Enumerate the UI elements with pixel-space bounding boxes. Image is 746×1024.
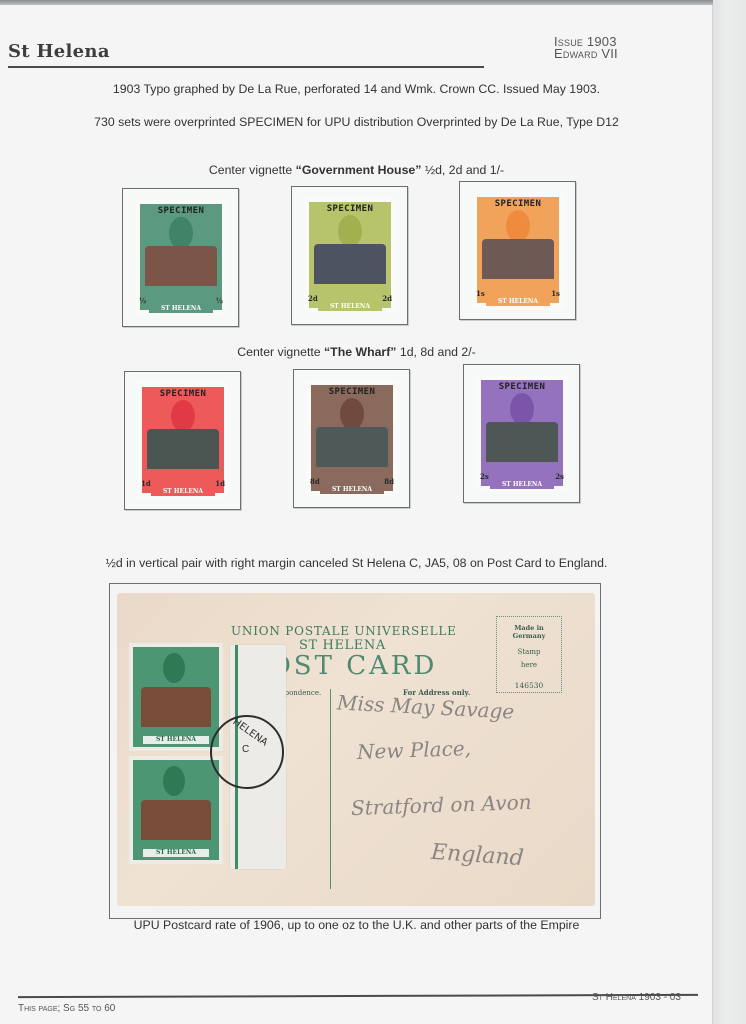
government-house-vignette xyxy=(141,800,211,840)
stamp-name: ST HELENA xyxy=(149,304,213,313)
stamp-eight-pence: ST HELENA8d8dSPECIMEN xyxy=(306,380,398,496)
row2-heading: Center vignette “The Wharf” 1d, 8d and 2… xyxy=(0,345,713,359)
title-rule xyxy=(8,66,484,68)
issue-monarch: Edward VII xyxy=(554,48,618,60)
stamp-name: ST HELENA xyxy=(151,487,215,496)
stamp-here-label: Stamp here xyxy=(497,646,561,672)
stamp-mount[interactable]: ST HELENA1d1dSPECIMEN xyxy=(124,371,241,510)
stamp-vignette xyxy=(314,244,386,284)
handwritten-line: New Place, xyxy=(357,736,472,764)
king-portrait xyxy=(171,400,195,432)
row1-heading-prefix: Center vignette xyxy=(209,163,296,177)
king-portrait xyxy=(506,210,530,242)
album-page: St Helena Issue 1903 Edward VII 1903 Typ… xyxy=(0,5,713,1024)
king-portrait xyxy=(163,766,185,796)
king-portrait xyxy=(169,217,193,249)
stamp-mount[interactable]: ST HELENA2s2sSPECIMEN xyxy=(463,364,580,503)
postcard-correspondence-label: spondence. xyxy=(281,689,321,697)
stamp-vignette xyxy=(147,429,219,469)
stamp-value-right: 1d xyxy=(215,479,225,488)
stamp-value-right: 2s xyxy=(555,472,564,481)
pair-stamp-upper: ST HELENA xyxy=(129,643,223,751)
handwritten-line: England xyxy=(430,840,524,871)
intro-line-2: 730 sets were overprinted SPECIMEN for U… xyxy=(0,115,713,129)
page-edge xyxy=(713,0,746,1024)
made-in-germany: Made in Germany xyxy=(497,624,561,640)
stamp-name: ST HELENA xyxy=(490,480,554,489)
stamp-vignette xyxy=(486,422,558,462)
stamp-value-right: 2d xyxy=(382,294,392,303)
stamp-one-shilling: ST HELENA1s1sSPECIMEN xyxy=(472,192,564,308)
stamp-two-pence: ST HELENA2d2dSPECIMEN xyxy=(304,197,396,313)
stamp-name: ST HELENA xyxy=(318,302,382,311)
stamp-mount[interactable]: ST HELENA1s1sSPECIMEN xyxy=(459,181,576,320)
stamp-vignette xyxy=(482,239,554,279)
postcard-upu-header: UNION POSTALE UNIVERSELLE xyxy=(231,624,457,638)
stamp-half-penny: ST HELENA½½SPECIMEN xyxy=(135,199,227,315)
specimen-overprint: SPECIMEN xyxy=(304,204,396,214)
footer-page-id: St Helena 1903 - 03 xyxy=(592,992,681,1003)
pair-stamp-lower: ST HELENA xyxy=(129,756,223,864)
postcard-mount[interactable]: UNION POSTALE UNIVERSELLE ST HELENA POST… xyxy=(109,583,601,919)
postcard-divider xyxy=(330,689,331,889)
footer-sg-numbers: This page; Sg 55 to 60 xyxy=(18,1003,115,1014)
specimen-overprint: SPECIMEN xyxy=(472,199,564,209)
stamp-mount[interactable]: ST HELENA½½SPECIMEN xyxy=(122,188,239,327)
king-portrait xyxy=(340,398,364,430)
stamp-value-right: 8d xyxy=(384,477,394,486)
stamp-name: ST HELENA xyxy=(486,297,550,306)
page-title: St Helena xyxy=(8,41,110,62)
handwritten-line: Stratford on Avon xyxy=(351,790,532,820)
stamp-value-right: 1s xyxy=(551,289,560,298)
king-portrait xyxy=(338,215,362,247)
specimen-overprint: SPECIMEN xyxy=(137,389,229,399)
cover-caption-top: ½d in vertical pair with right margin ca… xyxy=(0,556,713,570)
stamp-value-left: 2s xyxy=(480,472,489,481)
cover-caption-bottom: UPU Postcard rate of 1906, up to one oz … xyxy=(0,918,713,932)
government-house-vignette xyxy=(141,687,211,727)
stamp-name: ST HELENA xyxy=(143,736,209,744)
row2-heading-bold: “The Wharf” xyxy=(324,345,396,359)
row2-heading-suffix: 1d, 8d and 2/- xyxy=(396,345,475,359)
here-label: here xyxy=(497,659,561,672)
stamp-value-left: 1d xyxy=(141,479,151,488)
postmark-letter: C xyxy=(242,744,249,755)
postcard: UNION POSTALE UNIVERSELLE ST HELENA POST… xyxy=(117,593,595,906)
stamp-two-shillings: ST HELENA2s2sSPECIMEN xyxy=(476,375,568,491)
stamp-one-penny: ST HELENA1d1dSPECIMEN xyxy=(137,382,229,498)
specimen-overprint: SPECIMEN xyxy=(135,206,227,216)
stamp-value-left: 1s xyxy=(476,289,485,298)
postmark-text: HELENA xyxy=(230,717,269,749)
row1-heading-suffix: ½d, 2d and 1/- xyxy=(421,163,504,177)
stamp-value-left: 8d xyxy=(310,477,320,486)
stamp-name: ST HELENA xyxy=(320,485,384,494)
handwritten-line: Miss May Savage xyxy=(336,690,514,723)
row1-heading-bold: “Government House” xyxy=(296,163,422,177)
specimen-overprint: SPECIMEN xyxy=(476,382,568,392)
postcard-stamp-box: Made in Germany Stamp here 146530 xyxy=(496,616,562,693)
stamp-name: ST HELENA xyxy=(143,849,209,857)
specimen-overprint: SPECIMEN xyxy=(306,387,398,397)
row2-heading-prefix: Center vignette xyxy=(237,345,324,359)
postcard-number: 146530 xyxy=(497,681,561,690)
king-portrait xyxy=(163,653,185,683)
postmark-cancel: HELENA C xyxy=(210,715,284,789)
stamp-vignette xyxy=(145,246,217,286)
stamp-value-left: ½ xyxy=(139,296,146,305)
king-portrait xyxy=(510,393,534,425)
stamp-mount[interactable]: ST HELENA8d8dSPECIMEN xyxy=(293,369,410,508)
stamp-value-right: ½ xyxy=(216,296,223,305)
stamp-mount[interactable]: ST HELENA2d2dSPECIMEN xyxy=(291,186,408,325)
stamp-label: Stamp xyxy=(497,646,561,659)
issue-label: Issue 1903 Edward VII xyxy=(554,36,618,60)
stamp-value-left: 2d xyxy=(308,294,318,303)
intro-line-1: 1903 Typo graphed by De La Rue, perforat… xyxy=(0,82,713,96)
row1-heading: Center vignette “Government House” ½d, 2… xyxy=(0,163,713,177)
stamp-vignette xyxy=(316,427,388,467)
